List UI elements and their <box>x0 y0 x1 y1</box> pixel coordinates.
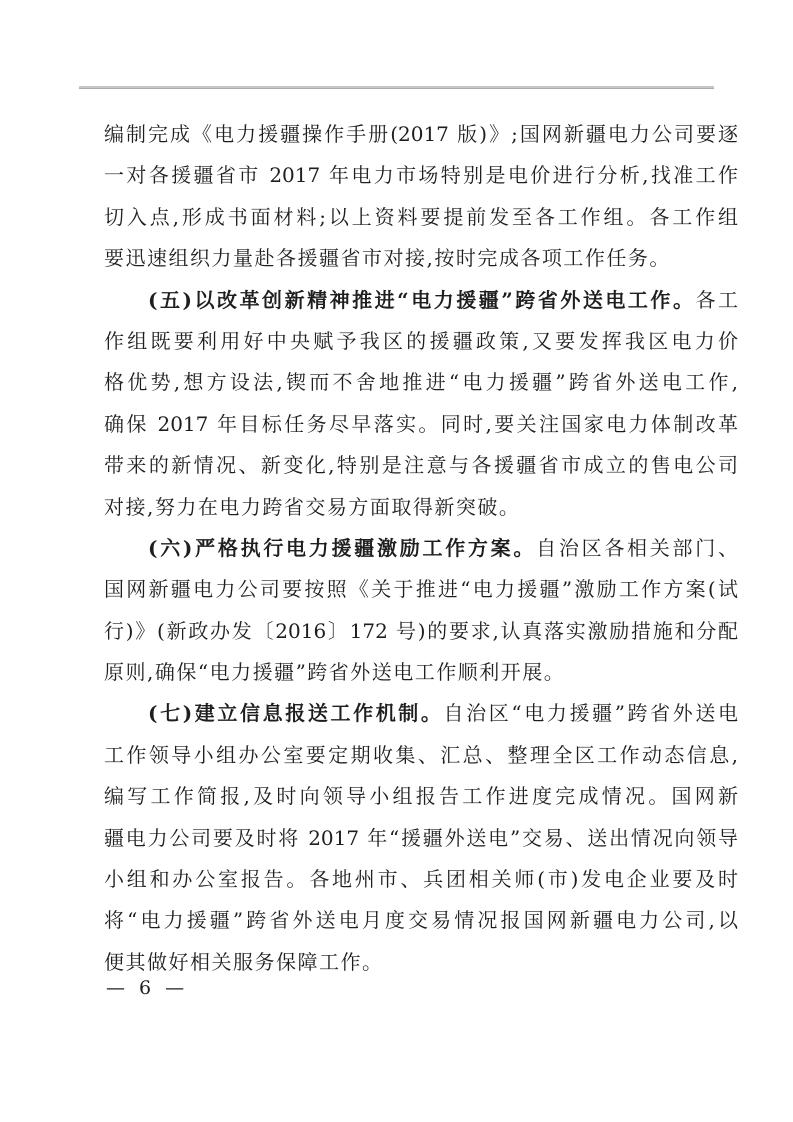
section-heading-5: (五)以改革创新精神推进“电力援疆”跨省外送电工作。 <box>148 288 695 312</box>
text-run: 自治区各相关部门、 <box>536 536 738 560</box>
text-line: 疆电力公司要及时将 2017 年“援疆外送电”交易、送出情况向领导 <box>104 818 738 859</box>
section-heading-6: (六)严格执行电力援疆激励工作方案。 <box>148 536 536 560</box>
section-heading-7: (七)建立信息报送工作机制。 <box>148 701 444 725</box>
page-number: — 6 — <box>106 975 188 1001</box>
text-line: 原则,确保“电力援疆”跨省外送电工作顺利开展。 <box>104 652 738 693</box>
text-run: 行)》(新政办发〔2016〕172 号)的要求,认真落实激励措施和分配 <box>104 619 738 643</box>
text-run: 各工 <box>695 288 738 312</box>
text-run: 将“电力援疆”跨省外送电月度交易情况报国网新疆电力公司,以 <box>104 908 738 932</box>
text-line: 切入点,形成书面材料;以上资料要提前发至各工作组。各工作组 <box>104 197 738 238</box>
text-line: 一对各援疆省市 2017 年电力市场特别是电价进行分析,找准工作 <box>104 155 738 196</box>
text-run: 带来的新情况、新变化,特别是注意与各援疆省市成立的售电公司 <box>104 453 738 477</box>
text-run: 小组和办公室报告。各地州市、兵团相关师(市)发电企业要及时 <box>104 867 738 891</box>
text-line: 作组既要利用好中央赋予我区的援疆政策,又要发挥我区电力价 <box>104 321 738 362</box>
text-line: 国网新疆电力公司要按照《关于推进“电力援疆”激励工作方案(试 <box>104 569 738 610</box>
text-line: 要迅速组织力量赴各援疆省市对接,按时完成各项工作任务。 <box>104 238 738 279</box>
text-line-paragraph-start: (七)建立信息报送工作机制。自治区“电力援疆”跨省外送电 <box>104 693 738 734</box>
text-run: 编写工作简报,及时向领导小组报告工作进度完成情况。国网新 <box>104 784 738 808</box>
document-page: 编制完成《电力援疆操作手册(2017 版)》;国网新疆电力公司要逐 一对各援疆省… <box>0 0 793 1122</box>
text-line: 编写工作简报,及时向领导小组报告工作进度完成情况。国网新 <box>104 776 738 817</box>
text-line: 将“电力援疆”跨省外送电月度交易情况报国网新疆电力公司,以 <box>104 900 738 941</box>
text-line: 格优势,想方设法,锲而不舍地推进“电力援疆”跨省外送电工作, <box>104 362 738 403</box>
text-run: 确保 2017 年目标任务尽早落实。同时,要关注国家电力体制改革 <box>104 412 738 436</box>
text-run: 格优势,想方设法,锲而不舍地推进“电力援疆”跨省外送电工作, <box>104 370 738 394</box>
text-line: 工作领导小组办公室要定期收集、汇总、整理全区工作动态信息, <box>104 735 738 776</box>
document-body: 编制完成《电力援疆操作手册(2017 版)》;国网新疆电力公司要逐 一对各援疆省… <box>104 114 738 983</box>
text-run: 对接,努力在电力跨省交易方面取得新突破。 <box>104 495 520 519</box>
text-line-paragraph-start: (六)严格执行电力援疆激励工作方案。自治区各相关部门、 <box>104 528 738 569</box>
text-run: 自治区“电力援疆”跨省外送电 <box>444 701 738 725</box>
text-line: 带来的新情况、新变化,特别是注意与各援疆省市成立的售电公司 <box>104 445 738 486</box>
text-run: 编制完成《电力援疆操作手册(2017 版)》;国网新疆电力公司要逐 <box>104 122 738 146</box>
text-line: 便其做好相关服务保障工作。 <box>104 942 738 983</box>
header-divider-line <box>79 86 714 89</box>
text-run: 一对各援疆省市 2017 年电力市场特别是电价进行分析,找准工作 <box>104 163 738 187</box>
text-line: 行)》(新政办发〔2016〕172 号)的要求,认真落实激励措施和分配 <box>104 611 738 652</box>
text-run: 工作领导小组办公室要定期收集、汇总、整理全区工作动态信息, <box>104 743 738 767</box>
text-run: 国网新疆电力公司要按照《关于推进“电力援疆”激励工作方案(试 <box>104 577 738 601</box>
text-run: 疆电力公司要及时将 2017 年“援疆外送电”交易、送出情况向领导 <box>104 826 738 850</box>
text-run: 切入点,形成书面材料;以上资料要提前发至各工作组。各工作组 <box>104 205 738 229</box>
text-run: 作组既要利用好中央赋予我区的援疆政策,又要发挥我区电力价 <box>104 329 738 353</box>
text-run: 要迅速组织力量赴各援疆省市对接,按时完成各项工作任务。 <box>104 246 671 270</box>
text-line-paragraph-start: (五)以改革创新精神推进“电力援疆”跨省外送电工作。各工 <box>104 280 738 321</box>
text-line: 确保 2017 年目标任务尽早落实。同时,要关注国家电力体制改革 <box>104 404 738 445</box>
text-line: 编制完成《电力援疆操作手册(2017 版)》;国网新疆电力公司要逐 <box>104 114 738 155</box>
text-line: 对接,努力在电力跨省交易方面取得新突破。 <box>104 487 738 528</box>
text-run: 便其做好相关服务保障工作。 <box>104 950 384 974</box>
text-run: 原则,确保“电力援疆”跨省外送电工作顺利开展。 <box>104 660 565 684</box>
text-line: 小组和办公室报告。各地州市、兵团相关师(市)发电企业要及时 <box>104 859 738 900</box>
